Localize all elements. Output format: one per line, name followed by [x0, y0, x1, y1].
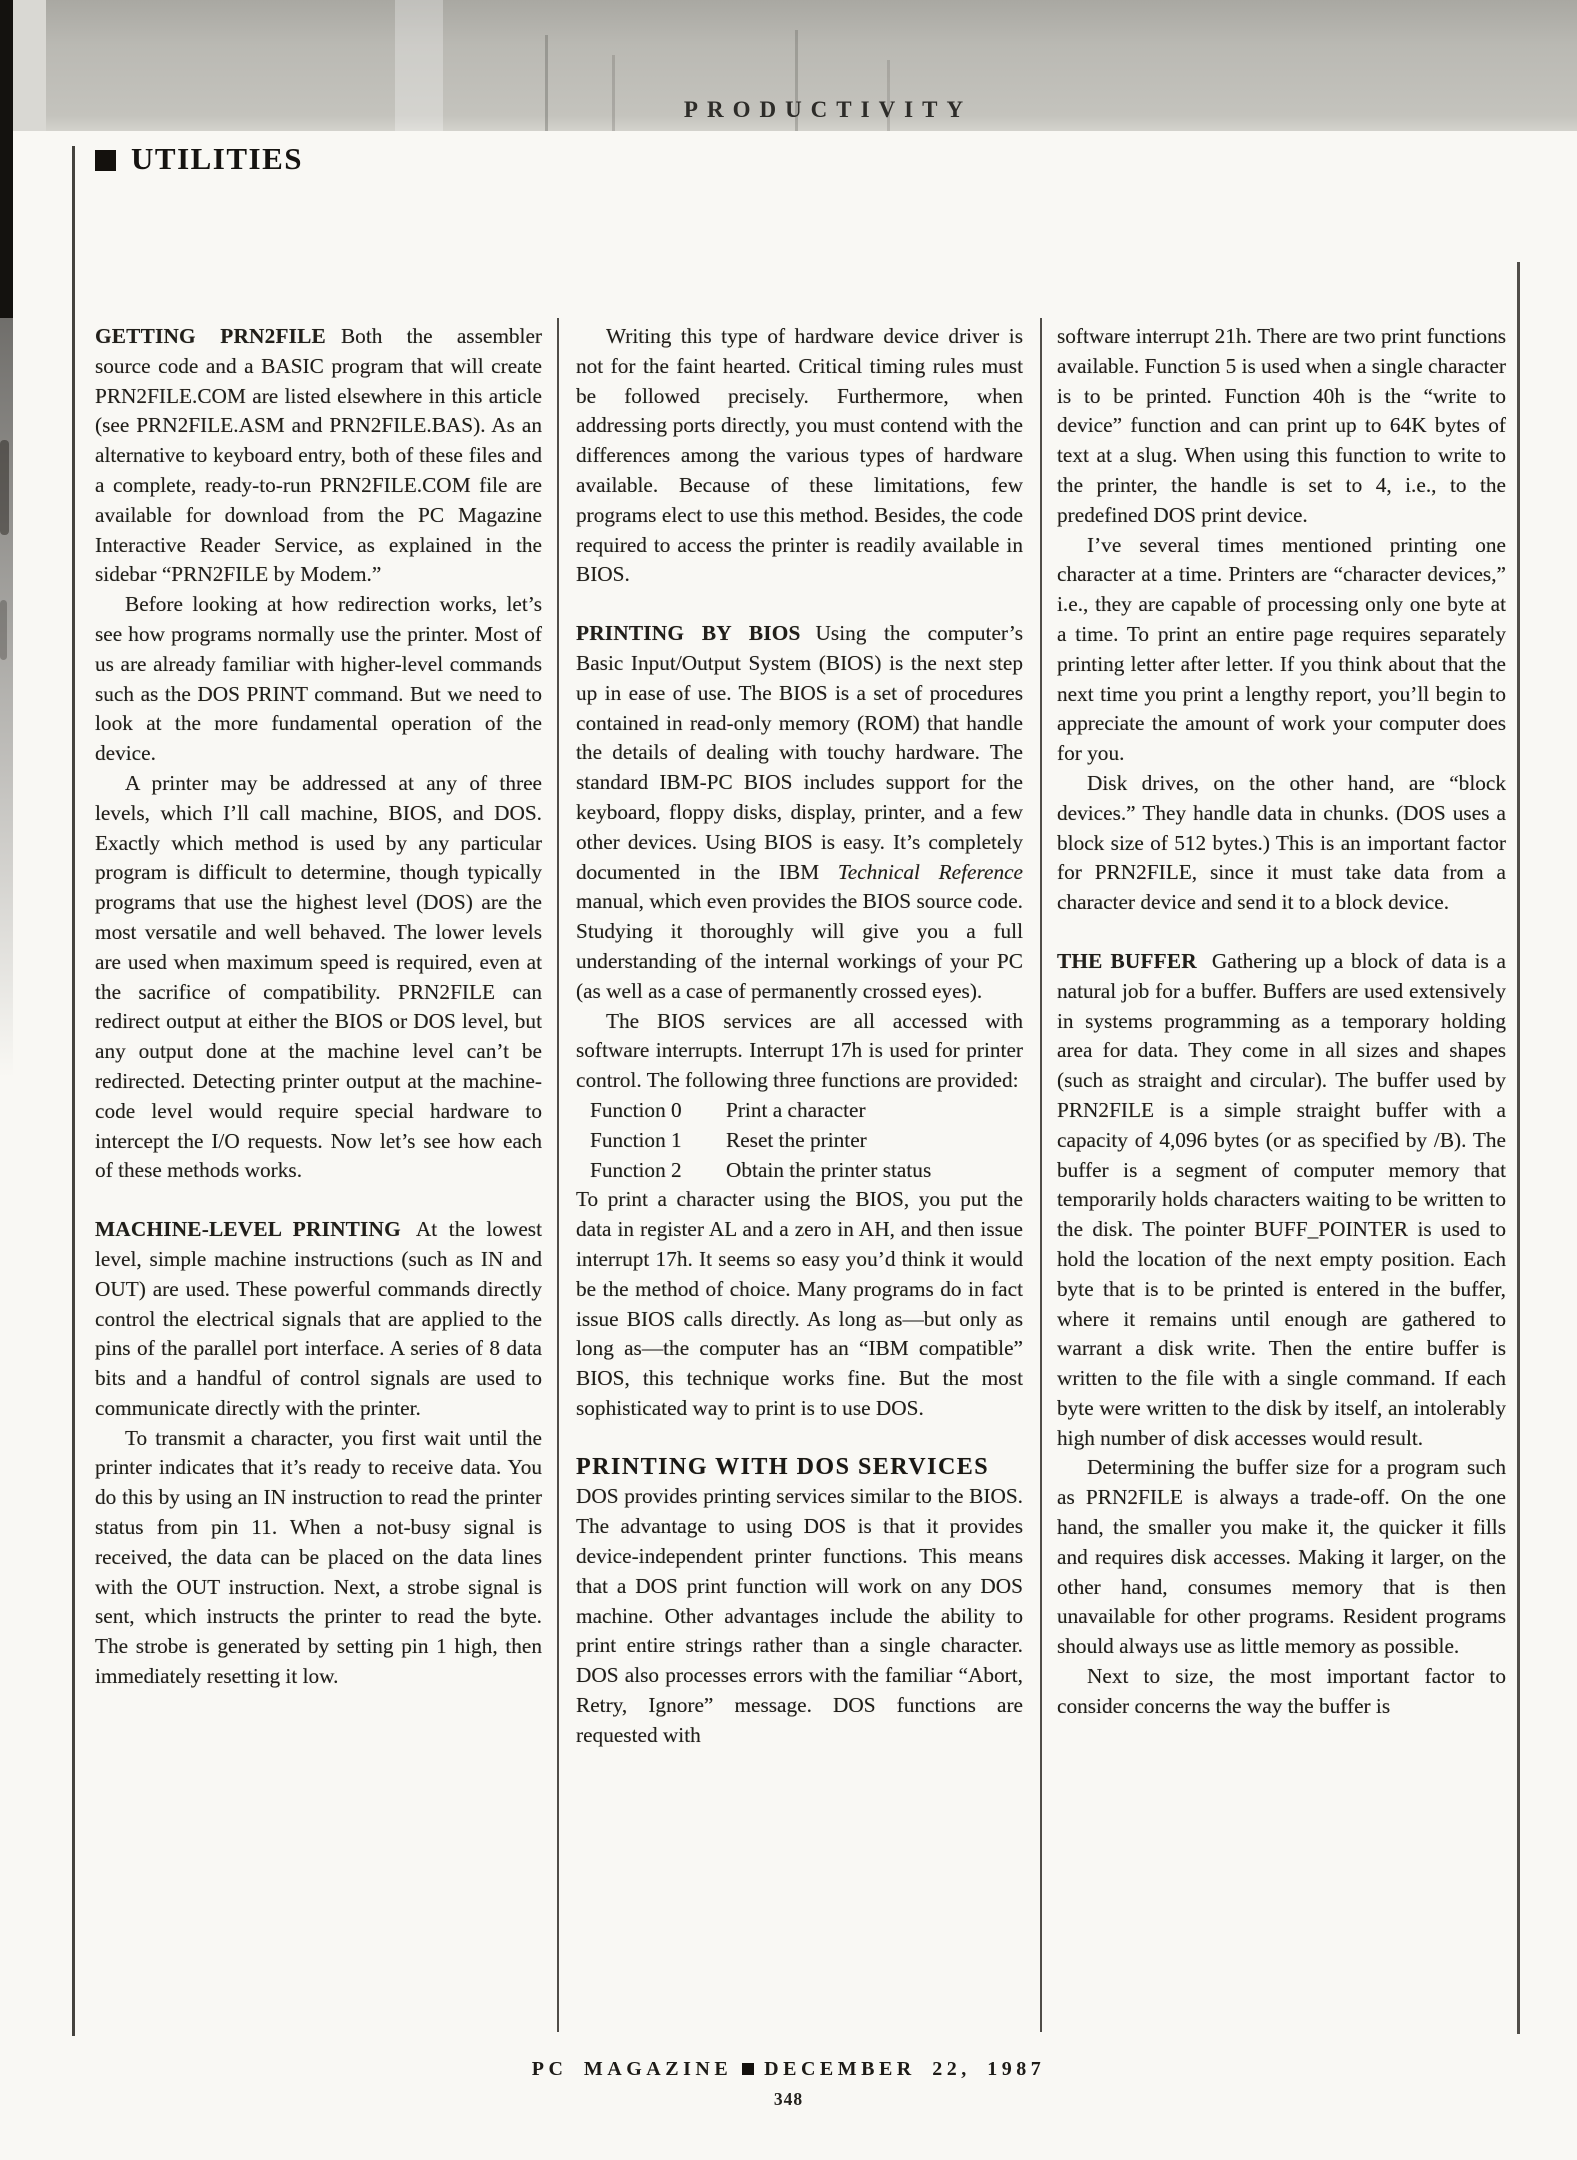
kicker: PRODUCTIVITY	[684, 97, 972, 123]
section-heading: PRINTING WITH DOS SERVICES	[576, 1453, 1023, 1483]
lead-paragraph: MACHINE-LEVEL PRINTINGAt the lowest leve…	[95, 1215, 542, 1424]
function-description: Obtain the printer status	[726, 1156, 931, 1186]
body-text: DOS provides printing services similar t…	[576, 1484, 1023, 1746]
scan-smudge	[0, 440, 9, 535]
scan-streak	[612, 55, 615, 131]
function-list-item: Function 0Print a character	[590, 1096, 1023, 1126]
section-title: UTILITIES	[131, 141, 303, 177]
paragraph: Before looking at how redirection works,…	[95, 590, 542, 769]
scan-edge-strip	[0, 0, 13, 318]
scan-smudge	[0, 600, 7, 660]
function-label: Function 1	[590, 1126, 726, 1156]
paragraph: Determining the buffer size for a progra…	[1057, 1453, 1506, 1662]
body-text: A printer may be addressed at any of thr…	[95, 771, 542, 1182]
paragraph: I’ve several times mentioned printing on…	[1057, 531, 1506, 769]
paragraph: To print a character using the BIOS, you…	[576, 1185, 1023, 1423]
scan-edge-fade	[0, 318, 13, 1078]
run-in-heading: THE BUFFER	[1057, 949, 1197, 973]
function-list-item: Function 2Obtain the printer status	[590, 1156, 1023, 1186]
scan-top-band-margin	[12, 0, 46, 131]
paragraph: Next to size, the most important factor …	[1057, 1662, 1506, 1722]
column-1: GETTING PRN2FILEBoth the assembler sourc…	[95, 322, 542, 1751]
body-text: To transmit a character, you first wait …	[95, 1426, 542, 1688]
body-text: Both the assembler source code and a BAS…	[95, 324, 542, 586]
lead-paragraph: GETTING PRN2FILEBoth the assembler sourc…	[95, 322, 542, 590]
page-number: 348	[0, 2089, 1577, 2110]
body-text: software interrupt 21h. There are two pr…	[1057, 324, 1506, 527]
footer: PC MAGAZINEDECEMBER 22, 1987	[0, 2058, 1577, 2081]
column-2: Writing this type of hardware device dri…	[576, 322, 1023, 1751]
lead-paragraph: THE BUFFERGathering up a block of data i…	[1057, 947, 1506, 1454]
footer-bullet-icon	[742, 2063, 754, 2075]
paragraph: To transmit a character, you first wait …	[95, 1424, 542, 1692]
function-description: Print a character	[726, 1096, 866, 1126]
column-3: software interrupt 21h. There are two pr…	[1057, 322, 1506, 1751]
body-text: Using the computer’s Basic Input/Output …	[576, 621, 1023, 883]
body-text: Before looking at how redirection works,…	[95, 592, 542, 765]
lead-paragraph: PRINTING BY BIOSUsing the computer’s Bas…	[576, 619, 1023, 1006]
function-description: Reset the printer	[726, 1126, 867, 1156]
run-in-heading: GETTING PRN2FILE	[95, 324, 326, 348]
run-in-heading: MACHINE-LEVEL PRINTING	[95, 1217, 401, 1241]
function-label: Function 0	[590, 1096, 726, 1126]
footer-magazine: PC MAGAZINE	[532, 2058, 732, 2080]
paragraph: software interrupt 21h. There are two pr…	[1057, 322, 1506, 531]
left-page-rule	[72, 146, 75, 2036]
body-text: Determining the buffer size for a progra…	[1057, 1455, 1506, 1658]
body-text: Writing this type of hardware device dri…	[576, 324, 1023, 586]
right-page-rule	[1517, 262, 1520, 2034]
body-text: Gathering up a block of data is a natura…	[1057, 949, 1506, 1450]
paragraph: Disk drives, on the other hand, are “blo…	[1057, 769, 1506, 918]
paragraph: DOS provides printing services similar t…	[576, 1482, 1023, 1750]
columns: GETTING PRN2FILEBoth the assembler sourc…	[95, 322, 1507, 1751]
square-bullet-icon	[95, 150, 116, 171]
function-label: Function 2	[590, 1156, 726, 1186]
function-list-item: Function 1Reset the printer	[590, 1126, 1023, 1156]
paragraph: The BIOS services are all accessed with …	[576, 1007, 1023, 1096]
italic-text: Technical Reference	[838, 860, 1023, 884]
function-list: Function 0Print a characterFunction 1Res…	[576, 1096, 1023, 1185]
run-in-heading: PRINTING BY BIOS	[576, 621, 801, 645]
footer-date: DECEMBER 22, 1987	[764, 2058, 1045, 2080]
section-header: UTILITIES	[95, 141, 303, 177]
body-text: Disk drives, on the other hand, are “blo…	[1057, 771, 1506, 914]
body-text: To print a character using the BIOS, you…	[576, 1187, 1023, 1420]
body-text: manual, which even provides the BIOS sou…	[576, 889, 1023, 1002]
scan-streak	[395, 0, 443, 131]
paragraph: Writing this type of hardware device dri…	[576, 322, 1023, 590]
magazine-page: PRODUCTIVITY UTILITIES GETTING PRN2FILEB…	[0, 0, 1577, 2160]
scan-streak	[545, 35, 548, 131]
body-text: Next to size, the most important factor …	[1057, 1664, 1506, 1718]
body-text: I’ve several times mentioned printing on…	[1057, 533, 1506, 766]
body-text: At the lowest level, simple machine inst…	[95, 1217, 542, 1420]
body-text: The BIOS services are all accessed with …	[576, 1009, 1023, 1093]
paragraph: A printer may be addressed at any of thr…	[95, 769, 542, 1186]
